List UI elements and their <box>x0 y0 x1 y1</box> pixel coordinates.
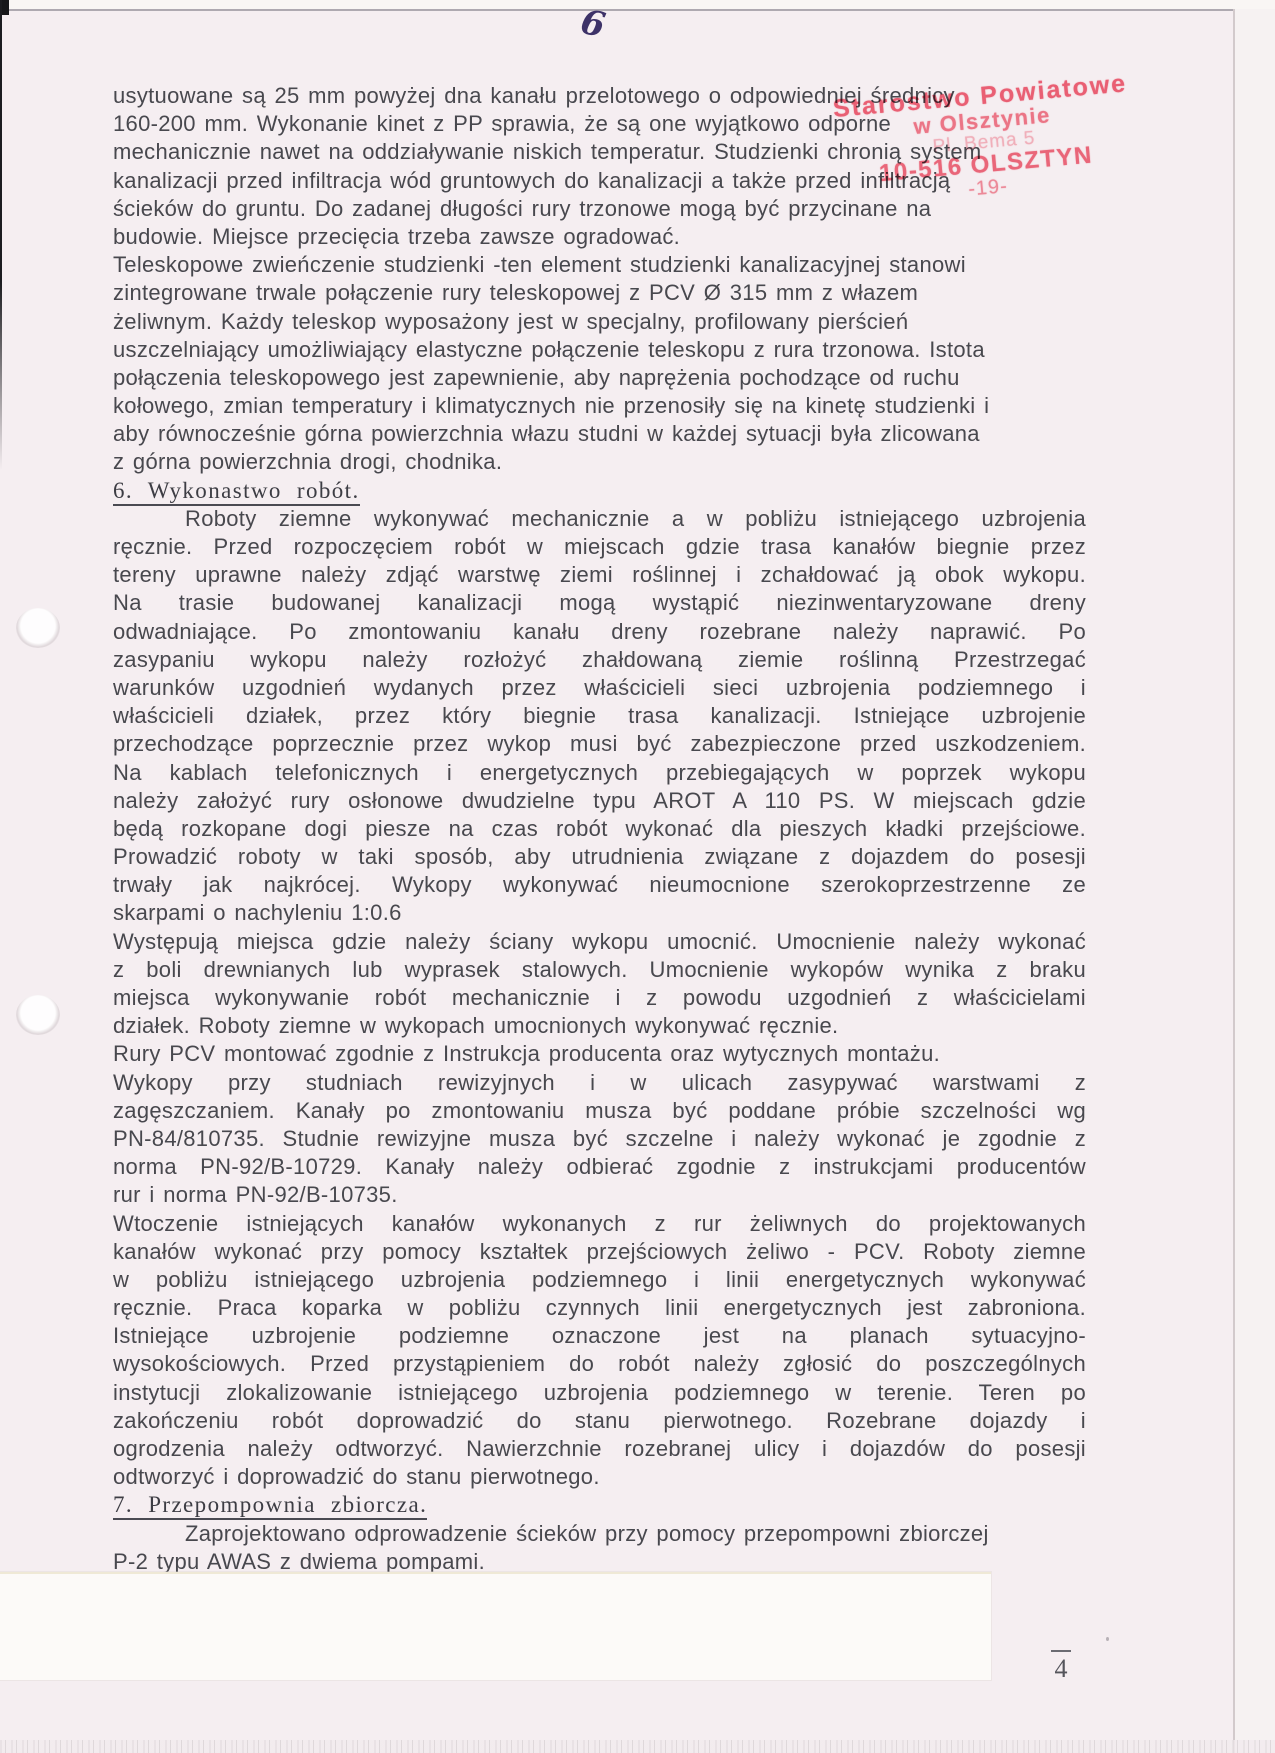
text-line: Istniejące uzbrojenie podziemne oznaczon… <box>113 1322 1086 1350</box>
text-line: rur i norma PN-92/B-10735. <box>113 1181 1086 1209</box>
scan-left-edge-line <box>0 0 2 470</box>
text-line: należy założyć rury osłonowe dwudzielne … <box>113 787 1086 815</box>
text-line: instytucji zlokalizowanie istniejącego u… <box>113 1379 1086 1407</box>
document-text: usytuowane są 25 mm powyżej dna kanału p… <box>113 82 1086 1576</box>
text-line: warunków uzgodnień wydanych przez właści… <box>113 674 1086 702</box>
text-line: kołowego, zmian temperatury i klimatyczn… <box>113 392 1086 420</box>
text-line: budowie. Miejsce przecięcia trzeba zawsz… <box>113 223 1086 251</box>
text-line: mechanicznie nawet na oddziaływanie nisk… <box>113 138 1086 166</box>
text-line: będą rozkopane dogi piesze na czas robót… <box>113 815 1086 843</box>
text-line: żeliwnym. Każdy teleskop wyposażony jest… <box>113 308 1086 336</box>
scan-top-edge-line <box>0 9 1240 11</box>
text-line: Wykopy przy studniach rewizyjnych i w ul… <box>113 1069 1086 1097</box>
text-line: Na trasie budowanej kanalizacji mogą wys… <box>113 589 1086 617</box>
text-line: trwały jak najkrócej. Wykopy wykonywać n… <box>113 871 1086 899</box>
punch-hole-mark <box>16 608 60 648</box>
section-heading: 6. Wykonastwo robót. <box>113 477 1086 505</box>
text-line: Na kablach telefonicznych i energetyczny… <box>113 759 1086 787</box>
page-number-value: 4 <box>1046 1656 1076 1682</box>
text-line: aby równocześnie górna powierzchnia właz… <box>113 420 1086 448</box>
text-line: zintegrowane trwale połączenie rury tele… <box>113 279 1086 307</box>
text-line: zasypaniu wykopu należy rozłożyć zhałdow… <box>113 646 1086 674</box>
punch-hole-mark <box>16 995 60 1035</box>
text-line: przechodzące poprzecznie przez wykop mus… <box>113 730 1086 758</box>
page-number-dash <box>1051 1650 1071 1652</box>
text-line: działek. Roboty ziemne w wykopach umocni… <box>113 1012 1086 1040</box>
text-line: kanałów wykonać przy pomocy kształtek pr… <box>113 1238 1086 1266</box>
pasted-blank-area <box>0 1572 991 1680</box>
scan-bottom-edge <box>0 1740 1275 1753</box>
scan-right-edge-line <box>1233 9 1235 1753</box>
text-line: właścicieli działek, przez który biegnie… <box>113 702 1086 730</box>
text-line: 160-200 mm. Wykonanie kinet z PP sprawia… <box>113 110 1086 138</box>
scan-top-margin <box>0 0 1275 9</box>
text-line: usytuowane są 25 mm powyżej dna kanału p… <box>113 82 1086 110</box>
text-line: połączenia teleskopowego jest zapewnieni… <box>113 364 1086 392</box>
scan-right-margin <box>1235 9 1275 1753</box>
text-line: tereny uprawne należy zdjąć warstwę ziem… <box>113 561 1086 589</box>
text-line: Występują miejsca gdzie należy ściany wy… <box>113 928 1086 956</box>
text-line: zagęszczaniem. Kanały po zmontowaniu mus… <box>113 1097 1086 1125</box>
text-line: Teleskopowe zwieńczenie studzienki -ten … <box>113 251 1086 279</box>
text-line: skarpami o nachyleniu 1:0.6 <box>113 899 1086 927</box>
text-line: PN-84/810735. Studnie rewizyjne musza by… <box>113 1125 1086 1153</box>
section-heading: 7. Przepompownia zbiorcza. <box>113 1491 1086 1519</box>
text-line: norma PN-92/B-10729. Kanały należy odbie… <box>113 1153 1086 1181</box>
text-line: ręcznie. Przed rozpoczęciem robót w miej… <box>113 533 1086 561</box>
text-line: zakończeniu robót doprowadzić do stanu p… <box>113 1407 1086 1435</box>
page-number: 4 <box>1046 1650 1076 1682</box>
text-line: miejsca wykonywanie robót mechanicznie i… <box>113 984 1086 1012</box>
text-line: Prowadzić roboty w taki sposób, aby utru… <box>113 843 1086 871</box>
scan-speck <box>1106 1637 1109 1641</box>
text-line: w pobliżu istniejącego uzbrojenia podzie… <box>113 1266 1086 1294</box>
text-line: wysokościowych. Przed przystąpieniem do … <box>113 1350 1086 1378</box>
text-line: ogrodzenia należy odtworzyć. Nawierzchni… <box>113 1435 1086 1463</box>
text-line: Wtoczenie istniejących kanałów wykonanyc… <box>113 1210 1086 1238</box>
text-line: kanalizacji przed infiltracja wód grunto… <box>113 167 1086 195</box>
text-line: Zaprojektowano odprowadzenie ścieków prz… <box>113 1520 1086 1548</box>
text-line: z górna powierzchnia drogi, chodnika. <box>113 448 1086 476</box>
text-line: z boli drewnianych lub wyprasek stalowyc… <box>113 956 1086 984</box>
text-line: Roboty ziemne wykonywać mechanicznie a w… <box>113 505 1086 533</box>
text-line: Rury PCV montować zgodnie z Instrukcja p… <box>113 1040 1086 1068</box>
text-line: odtworzyć i doprowadzić do stanu pierwot… <box>113 1463 1086 1491</box>
text-line: uszczelniający umożliwiający elastyczne … <box>113 336 1086 364</box>
text-line: ścieków do gruntu. Do zadanej długości r… <box>113 195 1086 223</box>
text-line: odwadniające. Po zmontowaniu kanału dren… <box>113 618 1086 646</box>
scanned-document-page: 6 usytuowane są 25 mm powyżej dna kanału… <box>0 0 1275 1753</box>
text-line: ręcznie. Praca koparka w pobliżu czynnyc… <box>113 1294 1086 1322</box>
